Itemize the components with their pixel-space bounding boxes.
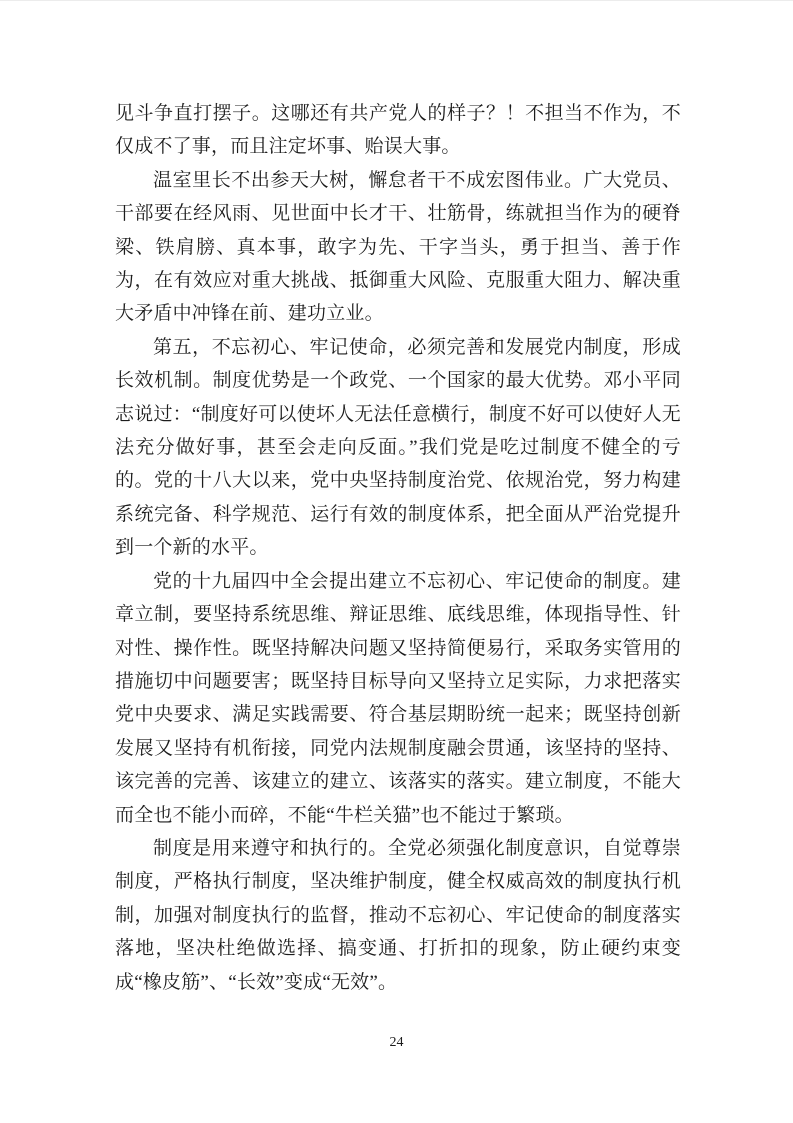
paragraph: 制度是用来遵守和执行的。全党必须强化制度意识，自觉尊崇制度，严格执行制度，坚决维… <box>115 832 681 999</box>
paragraph: 温室里长不出参天大树，懈怠者干不成宏图伟业。广大党员、干部要在经风雨、见世面中长… <box>115 164 681 331</box>
document-body: 见斗争直打摆子。这哪还有共产党人的样子？！不担当不作为，不仅成不了事，而且注定坏… <box>115 97 681 999</box>
page-number: 24 <box>0 1035 793 1051</box>
paragraph: 见斗争直打摆子。这哪还有共产党人的样子？！不担当不作为，不仅成不了事，而且注定坏… <box>115 97 681 164</box>
paragraph: 第五，不忘初心、牢记使命，必须完善和发展党内制度，形成长效机制。制度优势是一个政… <box>115 331 681 565</box>
document-page: 见斗争直打摆子。这哪还有共产党人的样子？！不担当不作为，不仅成不了事，而且注定坏… <box>0 0 793 1123</box>
paragraph: 党的十九届四中全会提出建立不忘初心、牢记使命的制度。建章立制，要坚持系统思维、辩… <box>115 565 681 832</box>
